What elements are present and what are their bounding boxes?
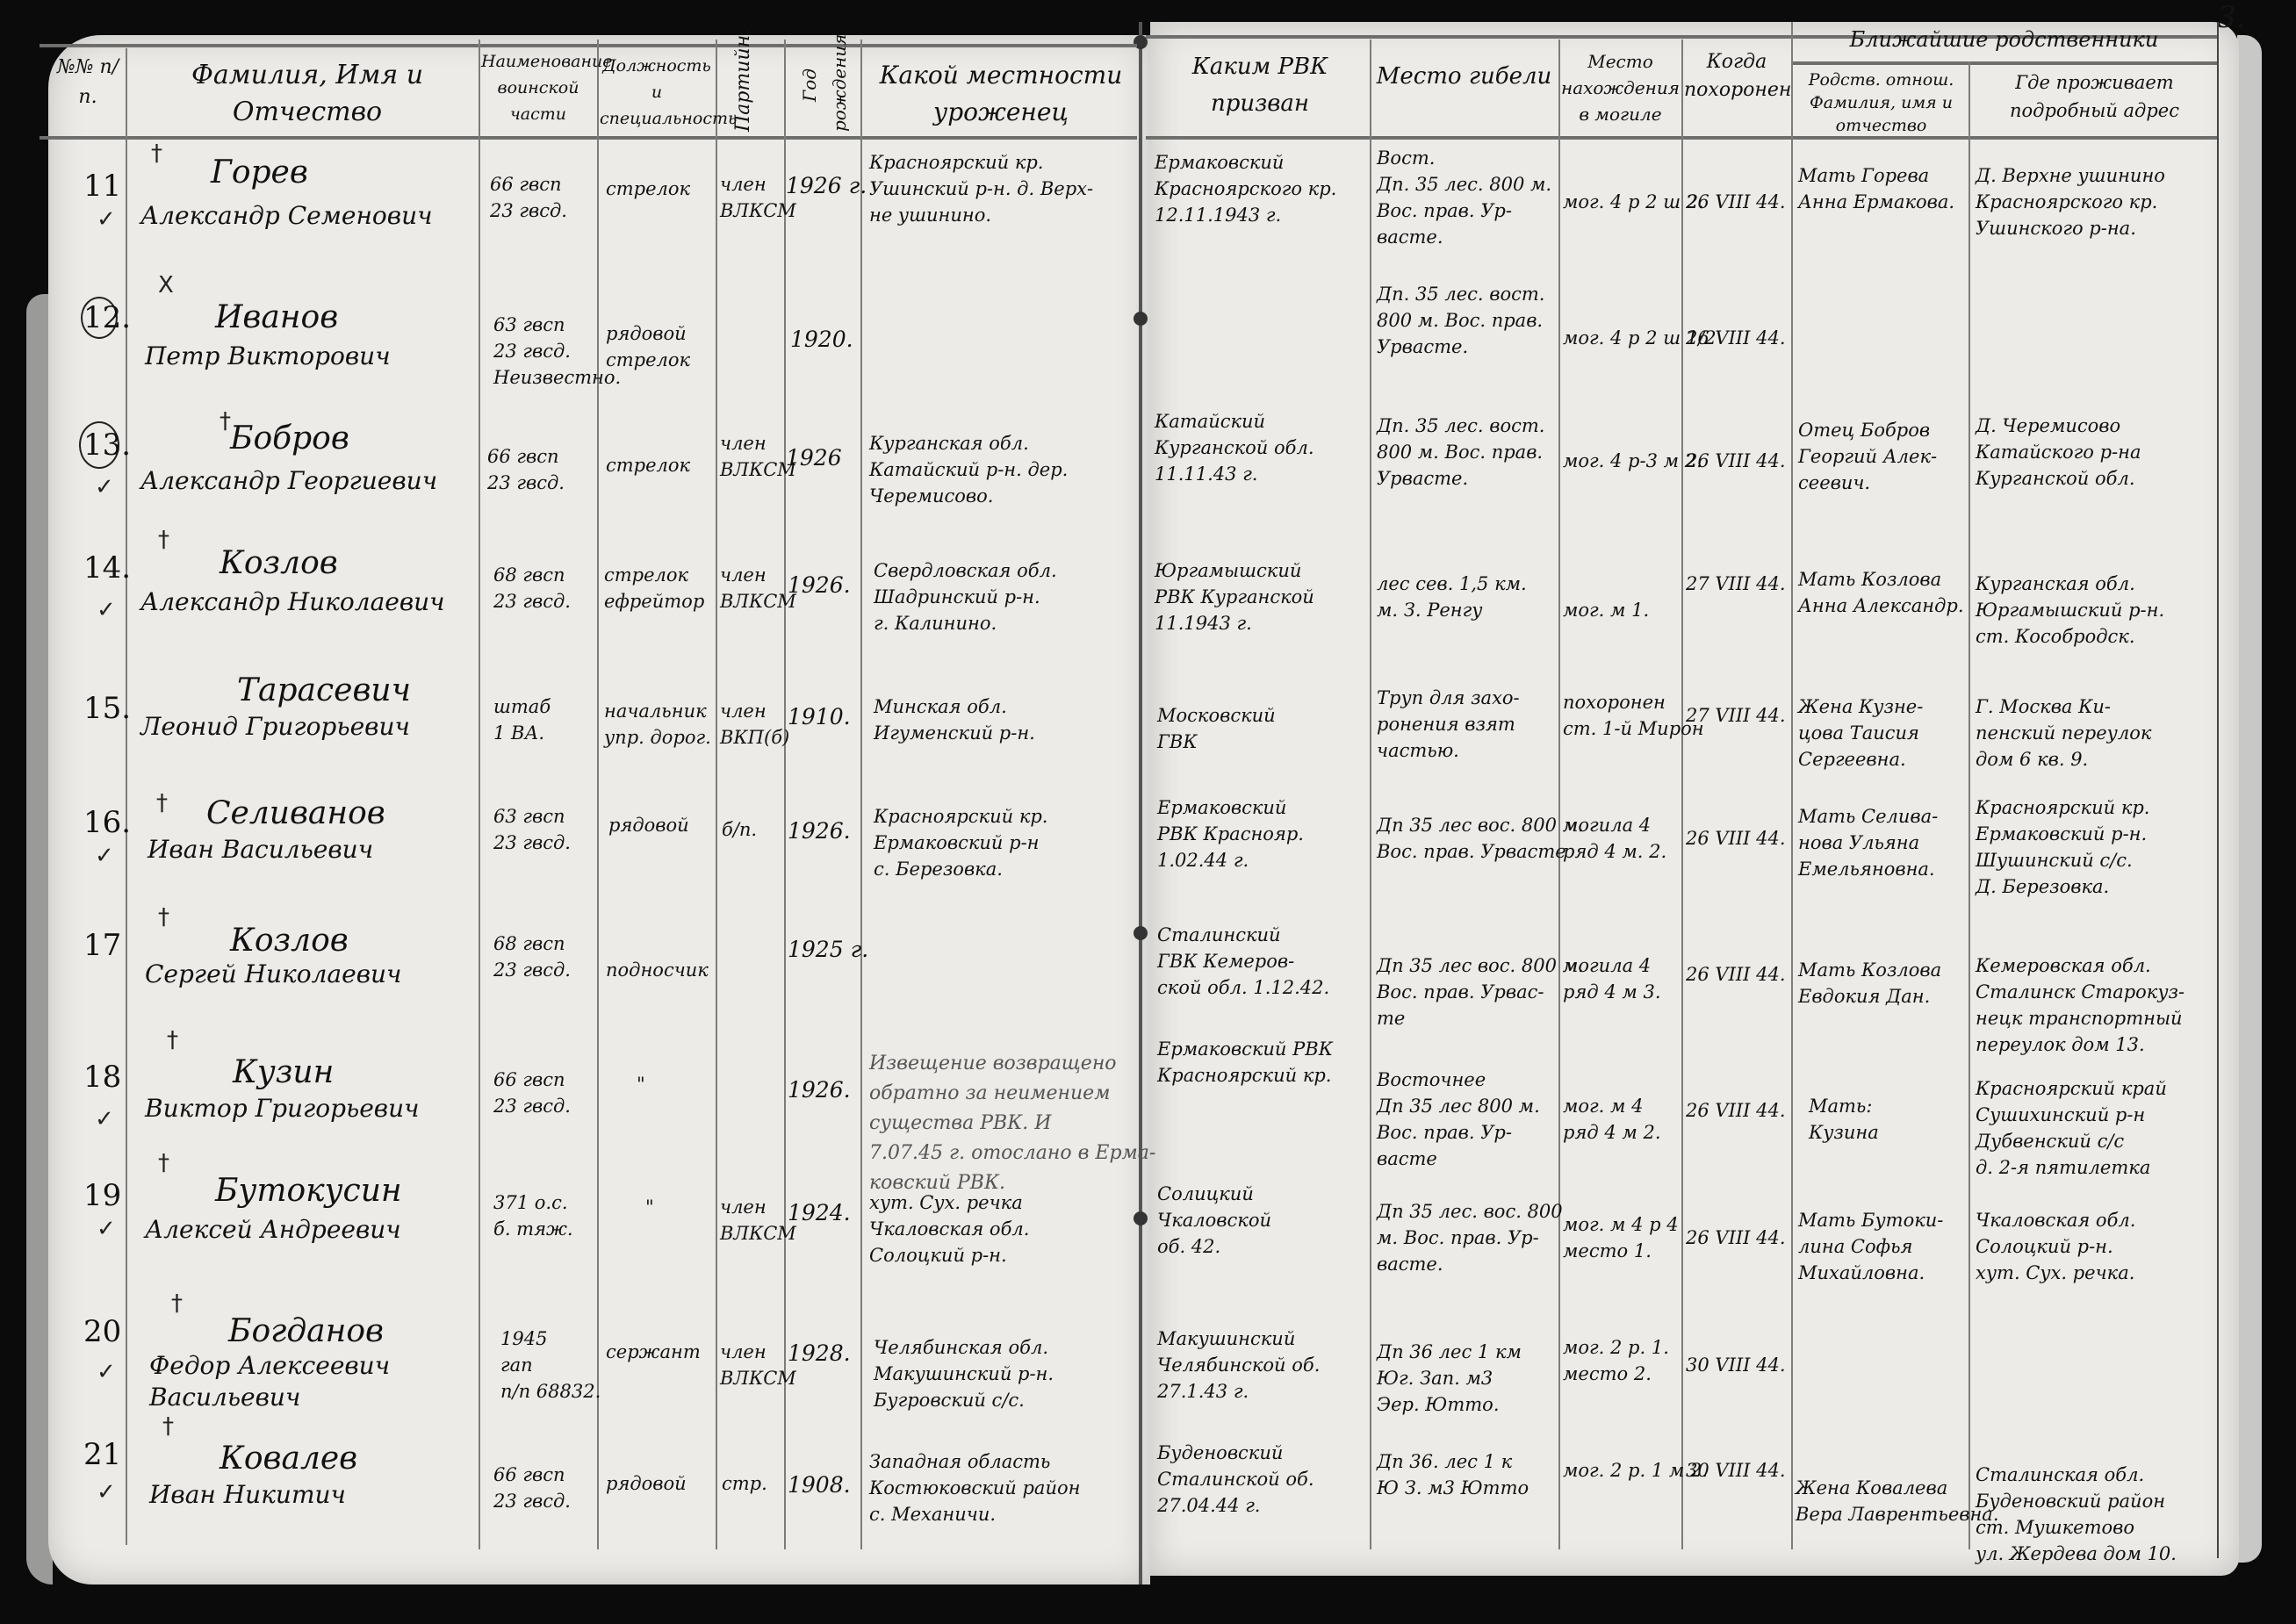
burial-date: 26 VIII 44. (1686, 825, 1786, 852)
cross-mark-icon: † (151, 140, 162, 167)
cross-mark-icon: † (158, 527, 169, 553)
death-place: Труп для захо- ронения взят частью. (1377, 685, 1520, 764)
row-number: 12. (83, 303, 131, 333)
origin: Курганская обл. Катайский р-н. дер. Чере… (869, 430, 1068, 509)
relative-name: Мать Бутоки- лина Софья Михайловна. (1798, 1207, 1943, 1286)
surname: Бобров (230, 420, 349, 458)
conscription-office: Юргамышский РВК Курганской 11.1943 г. (1155, 557, 1314, 636)
birth-year: 1920. (790, 325, 853, 355)
given-names: Александр Николаевич (140, 586, 445, 618)
death-place: Дп. 35 лес. вост. 800 м. Вос. прав. Урва… (1377, 413, 1544, 492)
death-place: Дп 35 лес вос. 800 м. Вос. прав. Урвас- … (1377, 952, 1584, 1031)
relative-address: Д. Верхне ушинино Красноярского кр. Ушин… (1976, 162, 2165, 241)
given-names: Алексей Андреевич (145, 1214, 401, 1246)
column-rule (784, 40, 786, 1549)
header-fio: Фамилия, Имя и Отчество (140, 57, 474, 131)
rank: стрелок ефрейтор (604, 562, 704, 614)
rank: стрелок (606, 176, 690, 202)
given-names: Иван Никитич (149, 1479, 346, 1511)
rank: " (645, 1194, 654, 1220)
conscription-office: Сталинский ГВК Кемеров- ской обл. 1.12.4… (1157, 922, 1329, 1001)
burial-date: 26 VIII 44. (1686, 1097, 1786, 1124)
given-names: Александр Семенович (140, 200, 433, 232)
death-place: Вост. Дп. 35 лес. 800 м. Вос. прав. Ур- … (1377, 145, 1551, 250)
origin: Западная область Костюковский район с. М… (869, 1448, 1080, 1527)
grave-location: мог. м 1. (1563, 597, 1649, 623)
header-death-place: Место гибели (1374, 57, 1554, 96)
cross-mark-icon: † (158, 904, 169, 931)
row-number: 11 (83, 171, 121, 201)
binding-stitch (1134, 926, 1148, 940)
row-number: 17 (83, 931, 121, 960)
death-place: Дп 36. лес 1 к Ю З. м3 Ютто (1377, 1448, 1529, 1501)
column-rule (126, 48, 127, 1545)
rank: стрелок (606, 452, 690, 478)
birth-year: 1925 г. (788, 935, 868, 965)
header-grave-location: Место нахождения в могиле (1561, 48, 1680, 127)
relative-address: Красноярский кр. Ермаковский р-н. Шушинс… (1976, 794, 2150, 900)
surname: Тарасевич (237, 672, 411, 710)
death-place: Дп 35 лес. вос. 800 м. Вос. прав. Ур- ва… (1377, 1198, 1563, 1277)
given-names: Виктор Григорьевич (145, 1093, 420, 1125)
birth-year: 1926 (786, 443, 842, 473)
party: член ВКП(б) (720, 698, 781, 751)
party: член ВЛКСМ (720, 430, 781, 483)
check-mark-icon: ✓ (97, 206, 116, 233)
burial-date: 27 VIII 44. (1686, 571, 1786, 597)
row-number: 21 (83, 1440, 121, 1470)
grave-location: могила 4 ряд 4 м. 2. (1563, 812, 1666, 865)
row-number: 20 (83, 1317, 121, 1347)
death-place: лес сев. 1,5 км. м. З. Ренгу (1377, 571, 1527, 623)
relative-address: Д. Черемисово Катайского р-на Курганской… (1976, 413, 2141, 492)
death-place: Восточнее Дп 35 лес 800 м. Вос. прав. Ур… (1377, 1067, 1540, 1172)
header-relatives: Ближайшие родственники (1796, 22, 2213, 57)
conscription-office: Катайский Курганской обл. 11.11.43 г. (1155, 408, 1314, 487)
origin: Минская обл. Игуменский р-н. (874, 693, 1035, 746)
check-mark-icon: ✓ (97, 597, 116, 623)
header-rank: Должность и специальность (600, 53, 714, 132)
header-relative-address: Где проживает подробный адрес (1974, 68, 2215, 125)
relative-name: Жена Ковалева Вера Лаврентьевна. (1796, 1475, 1999, 1527)
death-place: Дп 35 лес вос. 800 м. Вос. прав. Урвасте (1377, 812, 1584, 865)
grave-location: мог. 4 р 2 ш 2. (1563, 189, 1704, 215)
burial-date: 27 VIII 44. (1686, 702, 1786, 729)
right-page-stack (2237, 35, 2262, 1563)
header-party: Партийн. (729, 48, 759, 132)
cross-mark-icon: † (167, 1027, 178, 1053)
conscription-office: Солицкий Чкаловской об. 42. (1157, 1181, 1271, 1260)
column-rule (597, 40, 599, 1549)
relative-address: Г. Москва Ки- пенский переулок дом 6 кв.… (1976, 693, 2151, 772)
row-number: 15. (83, 693, 131, 723)
relative-address: Кемеровская обл. Сталинск Старокуз- нецк… (1976, 952, 2184, 1058)
grave-location: мог. м 4 ряд 4 м 2. (1563, 1093, 1661, 1146)
row-number: 18 (83, 1062, 121, 1092)
burial-date: 30 VIII 44. (1686, 1457, 1786, 1484)
birth-year: 1924. (788, 1198, 851, 1228)
grave-location: мог. м 4 р 4 место 1. (1563, 1211, 1679, 1264)
surname: Кузин (233, 1053, 334, 1092)
column-rule (860, 40, 862, 1549)
military-unit: 66 гвсп 23 гвсд. (490, 171, 567, 224)
surname: Селиванов (206, 794, 385, 833)
origin-annotation: Извещение возвращено обратно за неимение… (869, 1049, 1155, 1198)
given-names: Сергей Николаевич (145, 959, 401, 990)
relative-name: Мать Козлова Евдокия Дан. (1798, 957, 1941, 1010)
column-rule (1558, 40, 1560, 1549)
birth-year: 1928. (788, 1339, 851, 1369)
relatives-subheader-rule (1791, 61, 2217, 65)
burial-date: 26 VIII 44. (1686, 325, 1786, 351)
given-names: Александр Георгиевич (140, 465, 437, 497)
party: б/п. (722, 816, 783, 843)
binding-stitch (1134, 312, 1148, 326)
check-mark-icon: ✓ (95, 1106, 114, 1132)
binding-stitch (1134, 1211, 1148, 1225)
surname: Ковалев (220, 1440, 357, 1478)
surname: Козлов (230, 922, 349, 960)
conscription-office: Ермаковский РВК Красноярский кр. (1157, 1036, 1333, 1089)
death-place: Дп. 35 лес. вост. 800 м. Вос. прав. Урва… (1377, 281, 1544, 360)
header-rvk: Каким РВК призван (1155, 48, 1365, 122)
birth-year: 1926 г. (786, 171, 867, 201)
conscription-office: Ермаковский РВК Краснояр. 1.02.44 г. (1157, 794, 1304, 873)
origin: Челябинская обл. Макушинский р-н. Бугров… (874, 1334, 1054, 1413)
header-origin: Какой местности уроженец (865, 57, 1137, 131)
struck-mark-icon: Х (158, 272, 174, 298)
grave-location: мог. 2 р. 1. место 2. (1563, 1334, 1669, 1387)
military-unit: 66 гвсп 23 гвсд. (493, 1462, 571, 1514)
relative-address: Чкаловская обл. Солоцкий р-н. хут. Сух. … (1976, 1207, 2135, 1286)
birth-year: 1926. (788, 1075, 851, 1105)
rank: " (637, 1071, 645, 1097)
origin: хут. Сух. речка Чкаловская обл. Солоцкий… (869, 1189, 1029, 1268)
conscription-office: Буденовский Сталинской об. 27.04.44 г. (1157, 1440, 1314, 1519)
birth-year: 1910. (788, 702, 851, 732)
relative-name: Отец Бобров Георгий Алек- сеевич. (1798, 417, 1937, 496)
party: член ВЛКСМ (720, 1339, 781, 1391)
relative-name: Мать Горева Анна Ермакова. (1798, 162, 1954, 215)
burial-date: 26 VIII 44. (1686, 1225, 1786, 1251)
surname: Богданов (228, 1312, 384, 1351)
cross-mark-icon: † (162, 1413, 174, 1440)
column-rule (479, 40, 480, 1549)
check-mark-icon: ✓ (97, 1359, 116, 1385)
military-unit: 371 о.с. б. тяж. (493, 1189, 573, 1242)
conscription-office: Московский ГВК (1157, 702, 1276, 755)
row-number: 19 (83, 1181, 121, 1211)
header-num: №№ п/п. (53, 53, 123, 112)
birth-year: 1926. (788, 571, 851, 600)
header-top-rule (40, 44, 1137, 47)
given-names: Петр Викторович (145, 341, 391, 372)
cross-mark-icon: † (171, 1290, 183, 1317)
header-bottom-rule (40, 136, 1137, 140)
military-unit: 68 гвсп 23 гвсд. (493, 562, 571, 614)
surname: Иванов (215, 298, 338, 337)
header-born: Год рождения (795, 40, 854, 132)
relative-address: Курганская обл. Юргамышский р-н. ст. Кос… (1976, 571, 2164, 650)
given-names: Леонид Григорьевич (140, 711, 410, 743)
grave-location: могила 4 ряд 4 м 3. (1563, 952, 1661, 1005)
conscription-office: Ермаковский Красноярского кр. 12.11.1943… (1155, 149, 1336, 228)
page-number: 3. (2217, 0, 2245, 35)
burial-date: 26 VIII 44. (1686, 189, 1786, 215)
origin: Красноярский кр. Ушинский р-н. д. Верх- … (869, 149, 1093, 228)
check-mark-icon: ✓ (97, 1479, 116, 1505)
military-unit: 66 гвсп 23 гвсд. (487, 443, 565, 496)
military-unit: 1945 гап п/п 68832. (500, 1326, 601, 1405)
relative-name: Мать Селива- нова Ульяна Емельяновна. (1798, 803, 1938, 882)
relative-address: Красноярский край Сушихинский р-н Дубвен… (1976, 1075, 2167, 1181)
column-rule (716, 40, 717, 1549)
relative-name: Жена Кузне- цова Таисия Сергеевна. (1798, 693, 1923, 772)
military-unit: 68 гвсп 23 гвсд. (493, 931, 571, 983)
column-rule (1791, 22, 1793, 1549)
relative-address: Сталинская обл. Буденовский район ст. Му… (1976, 1462, 2177, 1567)
military-unit: штаб 1 ВА. (493, 693, 551, 746)
rank: рядовой (608, 812, 689, 838)
cross-mark-icon: † (156, 790, 168, 816)
header-buried: Когда похоронен (1684, 48, 1789, 104)
page-edge-rule (2217, 22, 2219, 1558)
birth-year: 1926. (788, 816, 851, 846)
party: член ВЛКСМ (720, 1194, 781, 1247)
check-mark-icon: ✓ (95, 843, 114, 869)
check-mark-icon: ✓ (95, 474, 114, 500)
column-rule (1969, 61, 1970, 1549)
column-rule (1681, 40, 1683, 1549)
cross-mark-icon: † (158, 1150, 169, 1176)
party: член ВЛКСМ (720, 562, 781, 614)
row-number: 16. (83, 808, 131, 837)
surname: Бутокусин (215, 1172, 402, 1211)
party: стр. (722, 1470, 783, 1497)
military-unit: 66 гвсп 23 гвсд. (493, 1067, 571, 1119)
military-unit: 63 гвсп 23 гвсд. (493, 803, 571, 856)
surname: Козлов (220, 544, 338, 583)
rank: сержант (606, 1339, 701, 1365)
header-relative-name: Родств. отнош. Фамилия, имя и отчество (1796, 68, 1967, 137)
origin: Красноярский кр. Ермаковский р-н с. Бере… (874, 803, 1048, 882)
rank: рядовой (606, 1470, 687, 1497)
grave-location: мог. 4 р-3 м 2. (1563, 448, 1702, 474)
rank: подносчик (606, 957, 709, 983)
conscription-office: Макушинский Челябинской об. 27.1.43 г. (1157, 1326, 1320, 1405)
origin: Свердловская обл. Шадринский р-н. г. Кал… (874, 557, 1057, 636)
military-unit: 63 гвсп 23 гвсд. Неизвестно. (493, 312, 621, 391)
given-names: Иван Васильевич (148, 834, 373, 866)
grave-location: похоронен ст. 1-й Мирон (1563, 689, 1704, 742)
relative-name: Мать: Кузина (1809, 1093, 1879, 1146)
rank: рядовой стрелок (606, 320, 690, 373)
party: член ВЛКСМ (720, 171, 781, 224)
row-number: 14. (83, 553, 131, 583)
burial-date: 26 VIII 44. (1686, 961, 1786, 988)
given-names: Федор Алексеевич Васильевич (149, 1350, 390, 1413)
book-spine (1139, 22, 1142, 1584)
rank: начальник упр. дорог. (604, 698, 711, 751)
column-rule (1370, 40, 1371, 1549)
check-mark-icon: ✓ (97, 1216, 116, 1242)
relative-name: Мать Козлова Анна Александр. (1798, 566, 1964, 619)
death-place: Дп 36 лес 1 км Юг. Зап. м3 Эер. Ютто. (1377, 1339, 1522, 1418)
row-number: 13. (83, 430, 131, 460)
header-unit: Наименование воинской части (481, 48, 595, 127)
burial-date: 30 VIII 44. (1686, 1352, 1786, 1378)
burial-date: 26 VIII 44. (1686, 448, 1786, 474)
birth-year: 1908. (788, 1470, 851, 1500)
surname: Горев (211, 154, 308, 192)
